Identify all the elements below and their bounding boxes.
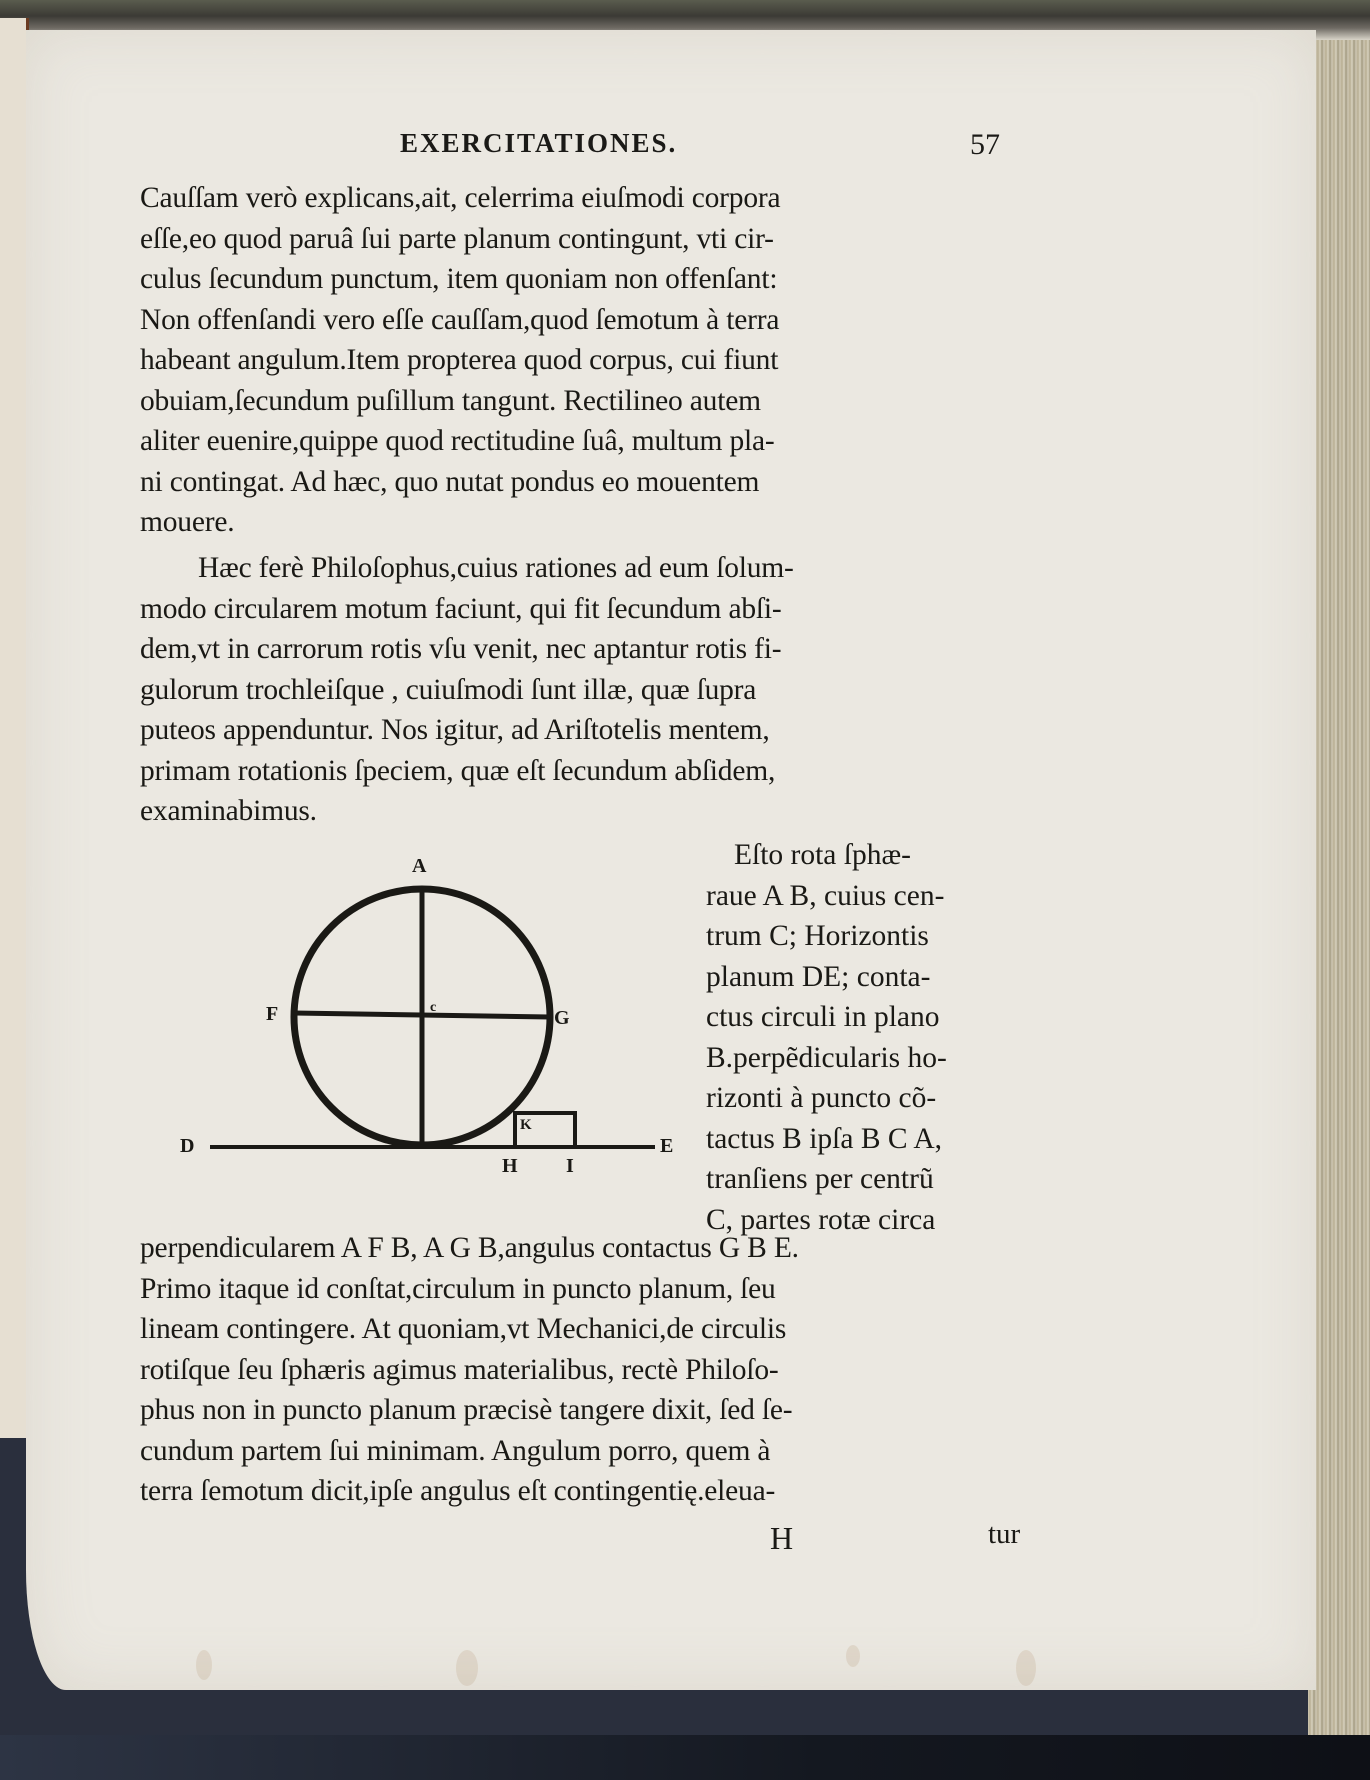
text-line: ni contingat. Ad hæc, quo nutat pondus e… — [140, 462, 780, 503]
label-c: c — [430, 1000, 436, 1016]
paper-stain — [1016, 1650, 1036, 1686]
catchword: tur — [988, 1518, 1020, 1551]
background-shadow — [0, 1735, 1370, 1780]
text-line: cundum partem ſui minimam. Angulum porro… — [140, 1431, 799, 1472]
paper-stain — [456, 1650, 478, 1686]
text-line: habeant angulum.Item propterea quod corp… — [140, 340, 780, 381]
page-number: 57 — [970, 128, 1000, 162]
text-line: examinabimus. — [140, 791, 794, 832]
text-line: Cauſſam verò explicans,ait, celerrima ei… — [140, 178, 780, 219]
text-line: aliter euenire,quippe quod rectitudine ſ… — [140, 421, 780, 462]
text-line: puteos appenduntur. Nos igitur, ad Ariſt… — [140, 710, 794, 751]
text-line: Non offenſandi vero eſſe cauſſam,quod ſe… — [140, 300, 780, 341]
label-f: F — [266, 1003, 278, 1026]
text-line: B.perpẽdicularis ho- — [706, 1038, 947, 1079]
text-line: gulorum trochleiſque , cuiuſmodi ſunt il… — [140, 670, 794, 711]
text-line: planum DE; conta- — [706, 957, 947, 998]
page-fore-edge — [1308, 40, 1370, 1740]
paragraph-3: perpendicularem A F B, A G B,angulus con… — [140, 1228, 799, 1512]
text-line: Eſto rota ſphæ- — [706, 835, 947, 876]
text-line: rizonti à puncto cõ- — [706, 1078, 947, 1119]
text-line: rotiſque ſeu ſphæris agimus materialibus… — [140, 1350, 799, 1391]
text-line: perpendicularem A F B, A G B,angulus con… — [140, 1228, 799, 1269]
text-line: dem,vt in carrorum rotis vſu venit, nec … — [140, 629, 794, 670]
label-d: D — [180, 1135, 194, 1158]
text-line: culus ſecundum punctum, item quoniam non… — [140, 259, 780, 300]
label-g: G — [554, 1007, 570, 1030]
paper-stain — [846, 1645, 860, 1667]
text-line: tactus B ipſa B C A, — [706, 1119, 947, 1160]
text-line: eſſe,eo quod paruâ ſui parte planum cont… — [140, 219, 780, 260]
label-k: K — [520, 1117, 532, 1134]
signature-mark: H — [770, 1520, 793, 1557]
paragraph-1: Cauſſam verò explicans,ait, celerrima ei… — [140, 178, 780, 543]
paragraph-2: Hæc ferè Philoſophus,cuius rationes ad e… — [140, 548, 794, 832]
text-line: terra ſemotum dicit,ipſe angulus eſt con… — [140, 1471, 799, 1512]
wheel-diagram: A c F G D E K H I — [180, 855, 680, 1175]
label-h: H — [502, 1155, 518, 1178]
text-line: ctus circuli in plano — [706, 997, 947, 1038]
text-line: obuiam,ſecundum puſillum tangunt. Rectil… — [140, 381, 780, 422]
text-line: lineam contingere. At quoniam,vt Mechani… — [140, 1309, 799, 1350]
running-head: EXERCITATIONES. — [400, 128, 677, 159]
text-line: Primo itaque id conſtat,circulum in punc… — [140, 1269, 799, 1310]
diagram-side-text: Eſto rota ſphæ- raue A B, cuius cen- tru… — [706, 835, 947, 1240]
label-a: A — [412, 855, 426, 878]
text-line: primam rotationis ſpeciem, quæ eſt ſecun… — [140, 751, 794, 792]
text-line: raue A B, cuius cen- — [706, 876, 947, 917]
label-i: I — [566, 1155, 574, 1178]
text-line: modo circularem motum faciunt, qui fit ſ… — [140, 589, 794, 630]
text-line: tranſiens per centrũ — [706, 1159, 947, 1200]
text-line: mouere. — [140, 502, 780, 543]
facing-page-edge — [0, 18, 29, 1438]
text-line: Hæc ferè Philoſophus,cuius rationes ad e… — [140, 548, 794, 589]
text-line: trum C; Horizontis — [706, 916, 947, 957]
label-e: E — [660, 1135, 673, 1158]
text-line: phus non in puncto planum præcisè tanger… — [140, 1390, 799, 1431]
paper-stain — [196, 1650, 212, 1680]
